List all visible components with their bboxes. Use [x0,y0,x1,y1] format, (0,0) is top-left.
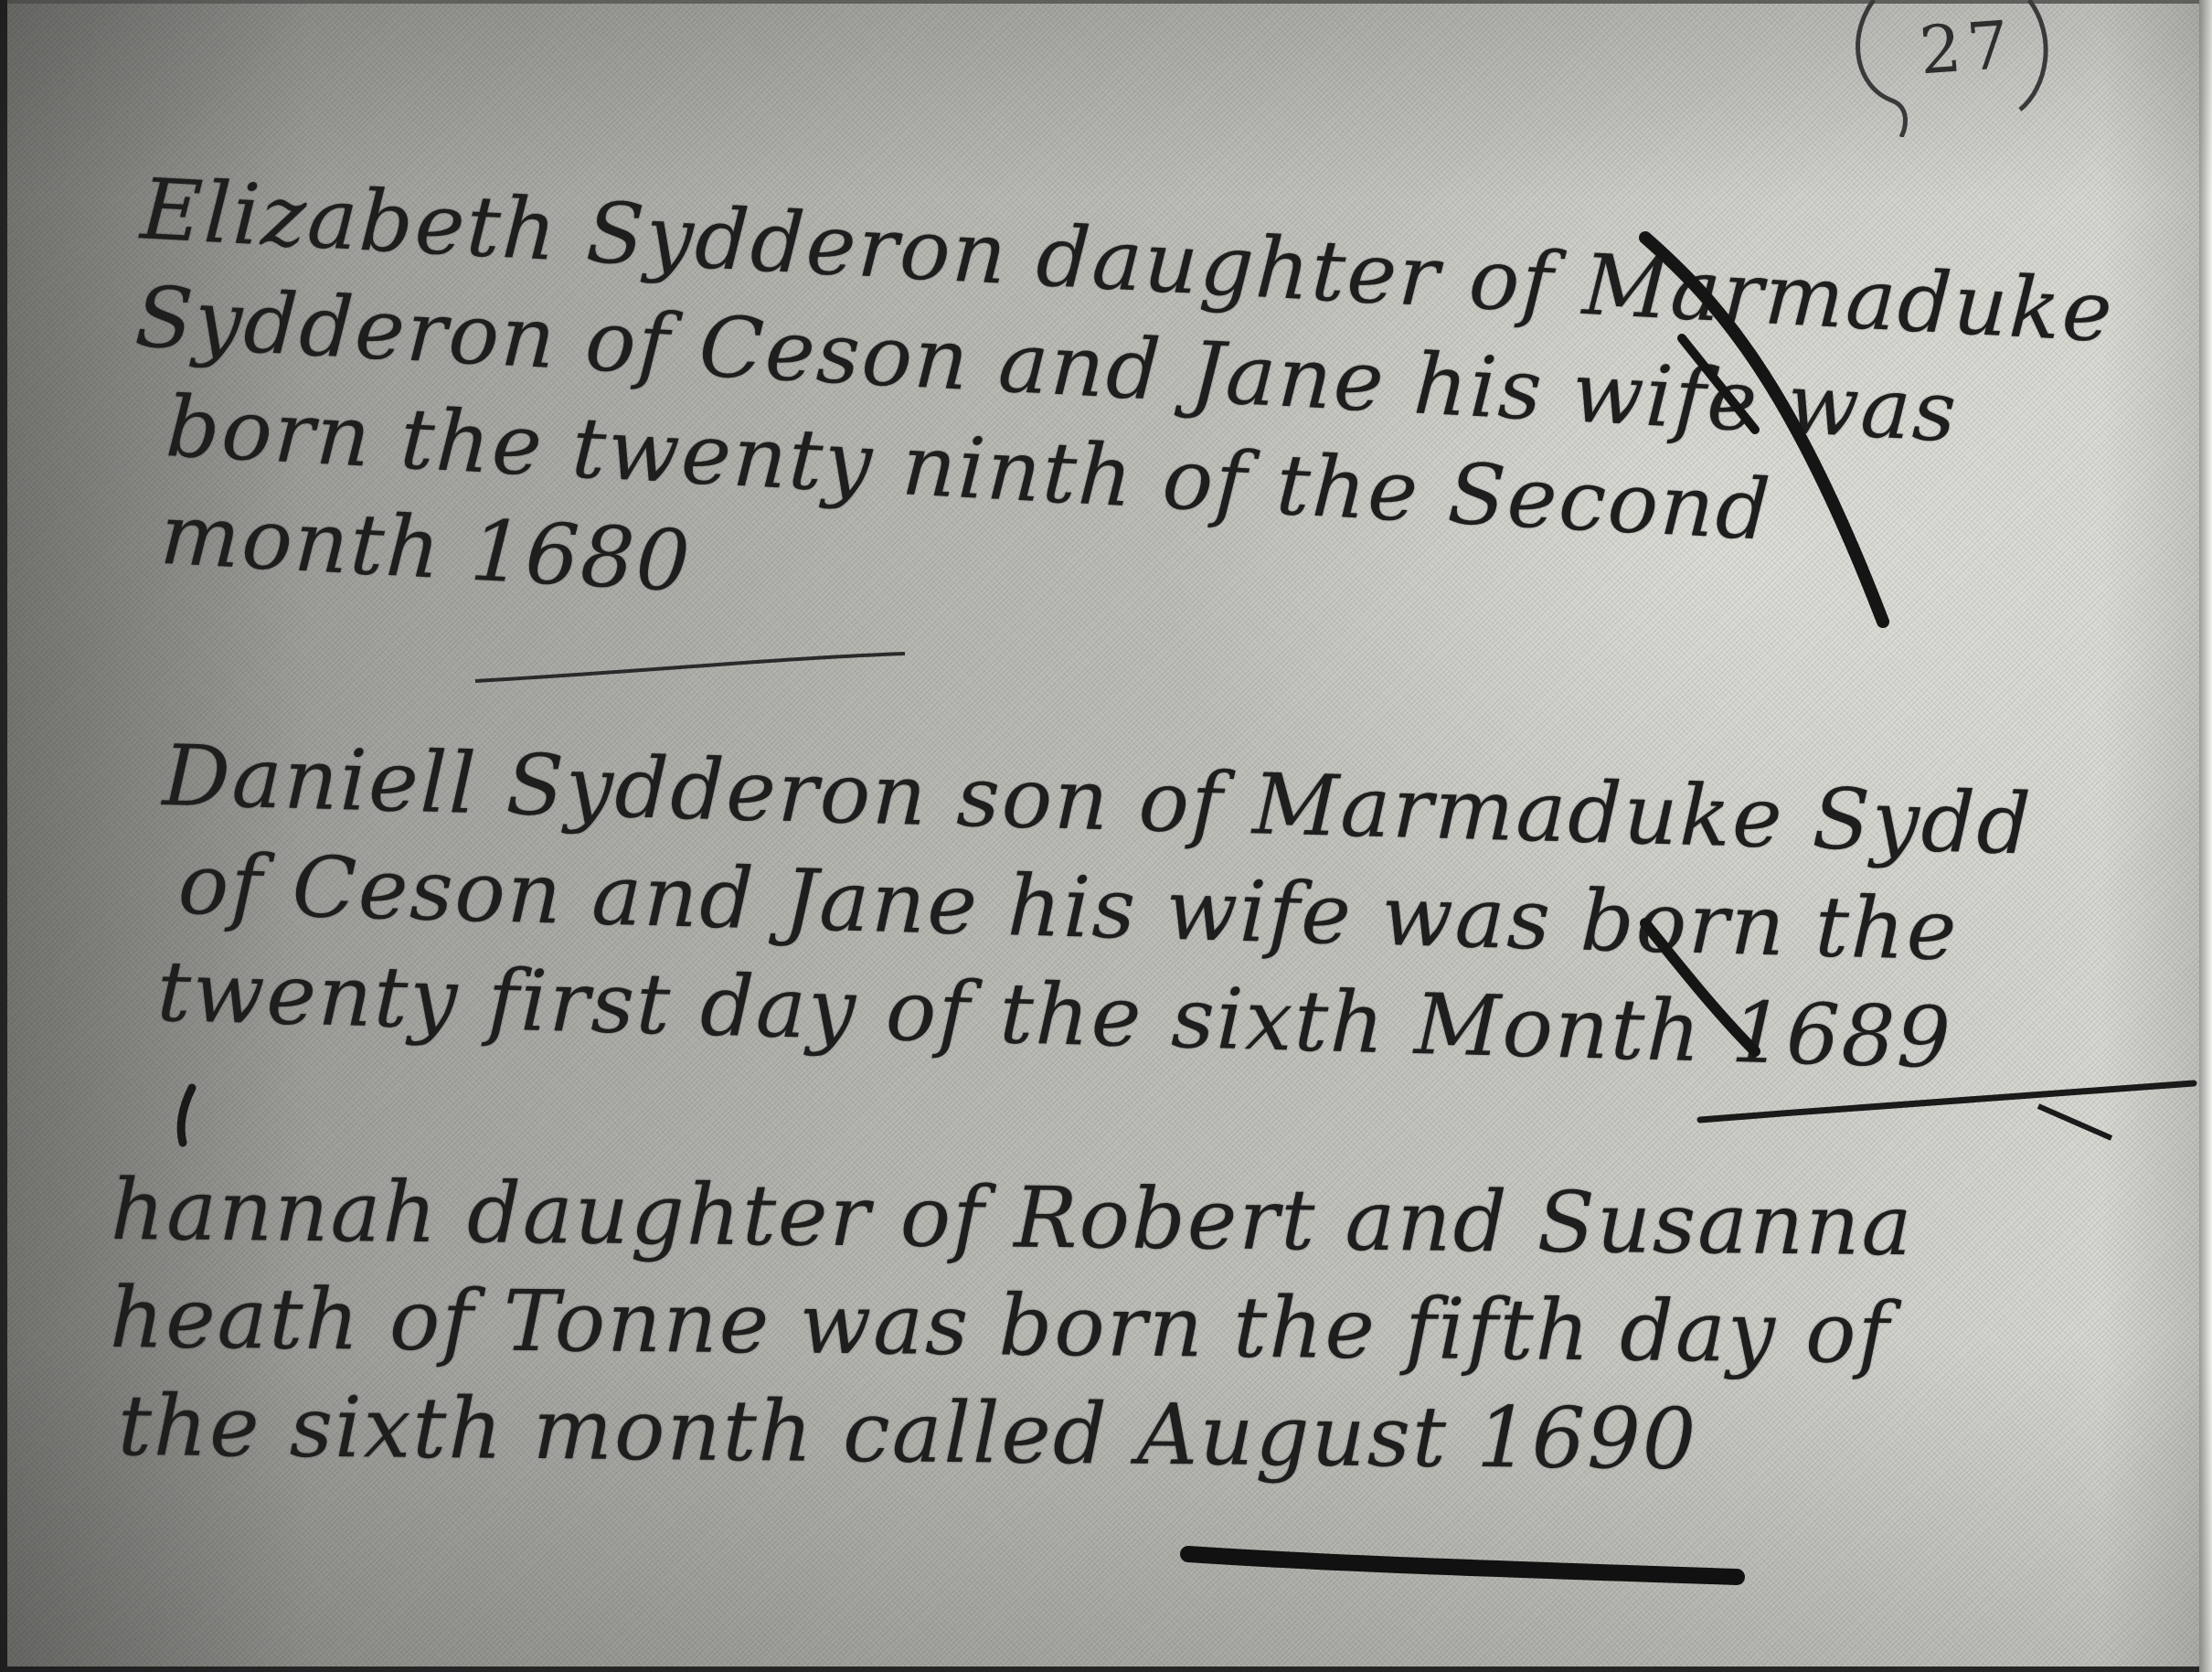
register-entry-3: hannah daughter of Robert and Susanna he… [108,1156,1914,1496]
page-number-circle: 27 [1846,0,2057,137]
manuscript-page: 27 Elizabeth Sydderon daughter of Marmad… [0,0,2212,1672]
separator-line [475,654,905,681]
register-entry-2: Daniell Sydderon son of Marmaduke Sydd o… [155,722,2034,1094]
page-edge-bottom [0,1667,2212,1672]
entry-line: hannah daughter of Robert and Susanna [111,1156,1915,1280]
page-edge-right [2199,0,2212,1672]
register-entry-1: Elizabeth Sydderon daughter of Marmaduke… [122,155,2117,689]
entry-line: heath of Tonne was born the fifth day of [109,1264,1913,1388]
page-number: 27 [1917,5,2016,89]
page-edge-left [0,0,7,1672]
underline-mark [1188,1554,1737,1577]
entry-line: the sixth month called August 1690 [108,1372,1912,1496]
